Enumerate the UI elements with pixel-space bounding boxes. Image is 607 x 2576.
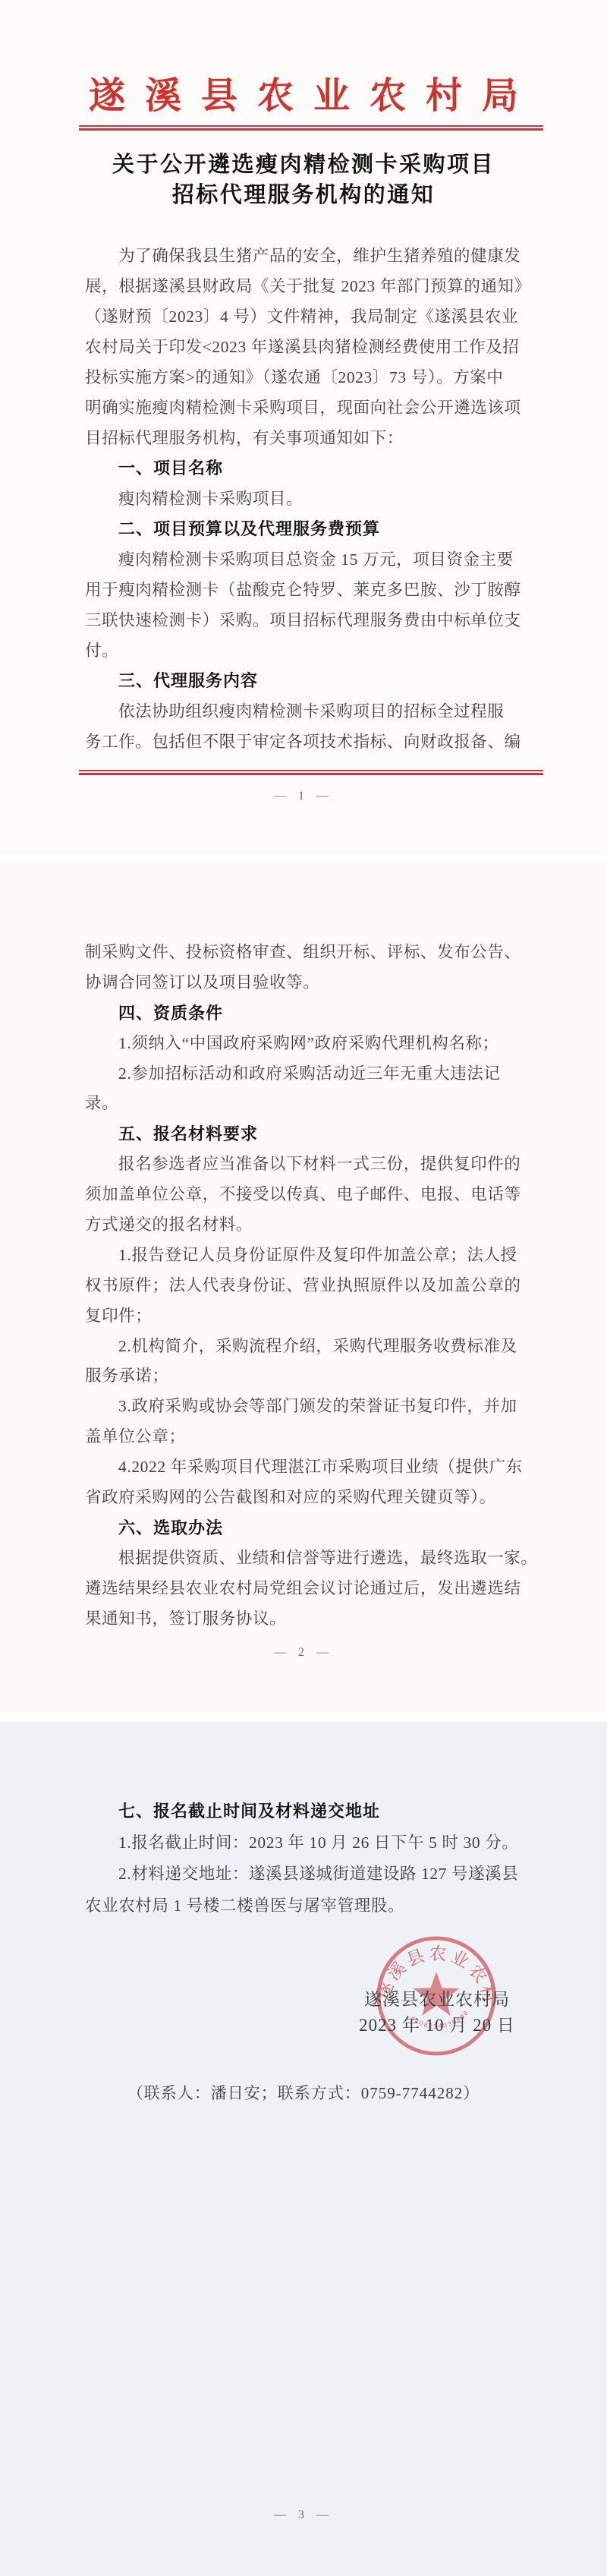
page-number: — 3 —	[0, 2508, 607, 2522]
rule-line-thin	[79, 770, 543, 771]
doc-line: 农业农村局 1 号楼二楼兽医与屠宰管理股。	[85, 1890, 540, 1922]
doc-title-line-1: 关于公开遴选瘦肉精检测卡采购项目	[0, 150, 607, 180]
contact-line: （联系人：潘日安；联系方式：0759-7744282）	[0, 2083, 607, 2103]
page2-body: 制采购文件、投标资格审查、组织开标、评标、发布公告、协调合同签订以及项目验收等。…	[85, 938, 540, 1634]
doc-line: 服务承诺；	[85, 1361, 540, 1392]
doc-line: 目招标代理服务机构，有关事项通知如下：	[85, 423, 540, 453]
doc-line: 1.报名截止时间：2023 年 10 月 26 日下午 5 时 30 分。	[85, 1827, 540, 1859]
doc-line: 须加盖单位公章，不接受以传真、电子邮件、电报、电话等	[85, 1180, 540, 1210]
doc-line: （遂财预〔2023〕4 号）文件精神，我局制定《遂溪县农业	[85, 301, 540, 332]
doc-line: 四、资质条件	[85, 998, 540, 1029]
doc-line: 协调合同签订以及项目验收等。	[85, 968, 540, 998]
doc-line: 录。	[85, 1089, 540, 1119]
doc-line: 4.2022 年采购项目代理湛江市采购项目业绩（提供广东	[85, 1452, 540, 1483]
doc-line: 瘦肉精检测卡采购项目。	[85, 484, 540, 514]
signature-date: 2023 年 10 月 20 日	[319, 2013, 555, 2038]
doc-line: 方式递交的报名材料。	[85, 1210, 540, 1241]
doc-line: 六、选取办法	[85, 1513, 540, 1543]
signature-block: 遂溪县农业农村局 2023 年 10 月 20 日	[319, 1987, 555, 2038]
doc-line: 展，根据遂溪县财政局《关于批复 2023 年部门预算的通知》	[85, 271, 540, 301]
page-number: — 1 —	[0, 790, 607, 803]
doc-line: 2.参加招标活动和政府采购活动近三年无重大违法记	[85, 1059, 540, 1089]
doc-line: 一、项目名称	[85, 453, 540, 484]
doc-line: 农村局关于印发<2023 年遂溪县肉猪检测经费使用工作及招	[85, 332, 540, 362]
doc-line: 2.机构简介，采购流程介绍，采购代理服务收费标准及	[85, 1332, 540, 1362]
doc-line: 用于瘦肉精检测卡（盐酸克仑特罗、莱克多巴胺、沙丁胺醇	[85, 575, 540, 605]
doc-line: 省政府采购网的公告截图和对应的采购代理关键页等）。	[85, 1483, 540, 1513]
scanned-notice-document: { "doc": { "agency": "遂溪县农业农村局", "title_…	[0, 0, 607, 2576]
doc-line: 务工作。包括但不限于审定各项技术指标、向财政报备、编	[85, 727, 540, 757]
doc-line: 复印件；	[85, 1301, 540, 1332]
page3-body: 七、报名截止时间及材料递交地址1.报名截止时间：2023 年 10 月 26 日…	[85, 1796, 540, 1922]
doc-line: 3.政府采购或协会等部门颁发的荣誉证书复印件，并加	[85, 1392, 540, 1422]
page-1: 遂溪县农业农村局 关于公开遴选瘦肉精检测卡采购项目 招标代理服务机构的通知 为了…	[0, 0, 607, 855]
doc-line: 权书原件；法人代表身份证、营业执照原件以及加盖公章的	[85, 1271, 540, 1301]
page-number: — 2 —	[0, 1646, 607, 1660]
doc-line: 报名参选者应当准备以下材料一式三份，提供复印件的	[85, 1149, 540, 1180]
doc-line: 二、项目预算以及代理服务费预算	[85, 514, 540, 544]
doc-line: 投标实施方案>的通知》（遂农通〔2023〕73 号）。方案中	[85, 362, 540, 393]
doc-line: 依法协助组织瘦肉精检测卡采购项目的招标全过程服	[85, 696, 540, 727]
doc-title-line-2: 招标代理服务机构的通知	[0, 180, 607, 210]
doc-line: 明确实施瘦肉精检测卡采购项目，现面向社会公开遴选该项	[85, 393, 540, 423]
signature-agency: 遂溪县农业农村局	[319, 1987, 555, 2013]
page-2: 制采购文件、投标资格审查、组织开标、评标、发布公告、协调合同签订以及项目验收等。…	[0, 861, 607, 1713]
rule-line-thick	[79, 773, 543, 775]
doc-line: 果通知书，签订服务协议。	[85, 1604, 540, 1635]
doc-line: 2.材料递交地址：遂溪县遂城街道建设路 127 号遂溪县	[85, 1859, 540, 1890]
page-3: 七、报名截止时间及材料递交地址1.报名截止时间：2023 年 10 月 26 日…	[0, 1722, 607, 2576]
doc-line: 七、报名截止时间及材料递交地址	[85, 1796, 540, 1827]
doc-line: 1.报告登记人员身份证原件及复印件加盖公章；法人授	[85, 1241, 540, 1271]
doc-line: 遴选结果经县农业农村局党组会议讨论通过后，发出遴选结	[85, 1574, 540, 1604]
page1-body: 为了确保我县生猪产品的安全，维护生猪养殖的健康发展，根据遂溪县财政局《关于批复 …	[85, 241, 540, 757]
doc-title: 关于公开遴选瘦肉精检测卡采购项目 招标代理服务机构的通知	[0, 150, 607, 210]
doc-line: 三、代理服务内容	[85, 666, 540, 696]
doc-line: 盖单位公章；	[85, 1422, 540, 1452]
rule-line-thin	[79, 125, 543, 127]
rule-line-thick	[79, 128, 543, 131]
doc-line: 三联快速检测卡）采购。项目招标代理服务费由中标单位支	[85, 605, 540, 635]
doc-line: 付。	[85, 635, 540, 666]
agency-letterhead: 遂溪县农业农村局	[0, 74, 607, 119]
doc-line: 瘦肉精检测卡采购项目总资金 15 万元，项目资金主要	[85, 544, 540, 575]
doc-line: 1.须纳入“中国政府采购网”政府采购代理机构名称；	[85, 1029, 540, 1059]
doc-line: 五、报名材料要求	[85, 1119, 540, 1149]
doc-line: 为了确保我县生猪产品的安全，维护生猪养殖的健康发	[85, 241, 540, 271]
footer-red-rule	[79, 770, 543, 775]
doc-line: 制采购文件、投标资格审查、组织开标、评标、发布公告、	[85, 938, 540, 968]
header-red-rule	[79, 125, 543, 131]
doc-line: 根据提供资质、业绩和信誉等进行遴选，最终选取一家。	[85, 1543, 540, 1574]
